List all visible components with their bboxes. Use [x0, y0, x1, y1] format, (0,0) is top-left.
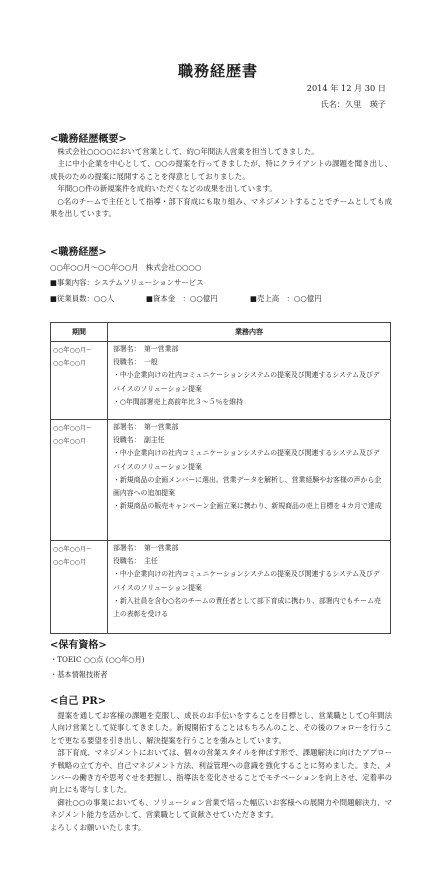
- period-from: ○○年○○月～: [53, 344, 105, 357]
- document-date: 2014 年 12 月 30 日: [307, 83, 386, 94]
- self-pr-body: 提案を通してお客様の課題を克服し、成長のお手伝いをすることを目標とし、営業職とし…: [50, 710, 392, 834]
- summary-paragraph: ○名のチームで主任として指導・部下育成にも取り組み、マネジメントすることでチーム…: [50, 196, 392, 221]
- period-to: ○○年○○月: [53, 435, 105, 448]
- self-pr-paragraph: 提案を通してお客様の課題を克服し、成長のお手伝いをすることを目標とし、営業職とし…: [50, 710, 392, 747]
- duty-item: ・新入社員を含む○名のチームの責任者として部下育成に携わり、部署内でもチーム売上…: [113, 595, 385, 621]
- summary-paragraph: 年間○○件の新規案件を成約いただくなどの成果を出しています。: [50, 183, 392, 195]
- company-period-line: ○○年○○月～○○年○○月 株式会社○○○○: [50, 262, 201, 273]
- self-pr-closing: よろしくお願いいたします。: [50, 822, 392, 834]
- department-line: 部署名： 第一営業部: [113, 343, 385, 356]
- position-line: 役職名： 主任: [113, 555, 385, 568]
- period-from: ○○年○○月～: [53, 543, 105, 556]
- duties-cell: 部署名： 第一営業部 役職名： 副主任 ・中小企業向けの社内コミュニケーションシ…: [108, 420, 391, 541]
- duty-item: ・新規商品の企画メンバーに選出。営業データを解析し、営業経験やお客様の声から企画…: [113, 474, 385, 500]
- period-cell: ○○年○○月～ ○○年○○月: [51, 342, 108, 420]
- career-table: 期間 業務内容 ○○年○○月～ ○○年○○月 部署名： 第一営業部 役職名： 一…: [50, 322, 391, 634]
- period-cell: ○○年○○月～ ○○年○○月: [51, 420, 108, 541]
- department-line: 部署名： 第一営業部: [113, 421, 385, 434]
- period-column-header: 期間: [51, 323, 108, 342]
- employees-stat: ■従業員数：○○人: [50, 293, 114, 304]
- resume-page: 職務経歴書 2014 年 12 月 30 日 氏名：久里 瑛子 <職務経歴概要>…: [0, 0, 436, 893]
- summary-paragraph: 株式会社○○○○において営業として、約○年間法人営業を担当してきました。: [50, 146, 392, 158]
- summary-body: 株式会社○○○○において営業として、約○年間法人営業を担当してきました。 主に中…: [50, 146, 392, 220]
- period-from: ○○年○○月～: [53, 422, 105, 435]
- business-description-line: ■事業内容：システムソリューションサービス: [50, 277, 204, 288]
- duty-item: ・中小企業向けの社内コミュニケーションシステムの提案及び関連するシステム及びデバ…: [113, 369, 385, 395]
- table-row: ○○年○○月～ ○○年○○月 部署名： 第一営業部 役職名： 主任 ・中小企業向…: [51, 541, 391, 634]
- history-heading: <職務経歴>: [50, 243, 107, 258]
- period-cell: ○○年○○月～ ○○年○○月: [51, 541, 108, 634]
- capital-stat: ■資本金 ：○○億円: [146, 293, 218, 304]
- duty-item: ・中小企業向けの社内コミュニケーションシステムの提案及び関連するシステム及びデバ…: [113, 447, 385, 473]
- table-row: ○○年○○月～ ○○年○○月 部署名： 第一営業部 役職名： 副主任 ・中小企業…: [51, 420, 391, 541]
- duty-item: ・○年間部署売上高前年比３～５％を維持: [113, 396, 385, 409]
- summary-heading: <職務経歴概要>: [50, 130, 127, 145]
- duty-item: ・新規商品の販売キャンペーン企画立案に携わり、新規商品の売上目標を４カ月で達成: [113, 500, 385, 513]
- duties-cell: 部署名： 第一営業部 役職名： 一般 ・中小企業向けの社内コミュニケーションシス…: [108, 342, 391, 420]
- qualification-item: ・TOEIC ○○点 (○○年○月): [50, 655, 145, 665]
- summary-paragraph: 主に中小企業を中心として、○○の提案を行ってきましたが、特にクライアントの課題を…: [50, 158, 392, 183]
- duties-column-header: 業務内容: [108, 323, 391, 342]
- self-pr-paragraph: 部下育成、マネジメントにおいては、個々の営業スタイルを伸ばす形で、課題解決に向け…: [50, 747, 392, 797]
- self-pr-heading: <自己 PR>: [50, 692, 106, 707]
- table-header-row: 期間 業務内容: [51, 323, 391, 342]
- self-pr-paragraph: 御社○○の事業においても、ソリューション営業で培った幅広いお客様への展開力や問題…: [50, 797, 392, 822]
- applicant-name: 氏名：久里 瑛子: [320, 99, 386, 110]
- period-to: ○○年○○月: [53, 556, 105, 569]
- qualifications-heading: <保有資格>: [50, 636, 107, 651]
- period-to: ○○年○○月: [53, 357, 105, 370]
- position-line: 役職名： 副主任: [113, 434, 385, 447]
- duty-item: ・中小企業向けの社内コミュニケーションシステムの提案及び関連するシステム及びデバ…: [113, 568, 385, 594]
- position-line: 役職名： 一般: [113, 356, 385, 369]
- department-line: 部署名： 第一営業部: [113, 542, 385, 555]
- sales-stat: ■売上高 ：○○億円: [250, 293, 322, 304]
- duties-cell: 部署名： 第一営業部 役職名： 主任 ・中小企業向けの社内コミュニケーションシス…: [108, 541, 391, 634]
- document-title: 職務経歴書: [0, 60, 436, 81]
- qualification-item: ・基本情報技術者: [50, 670, 108, 680]
- table-row: ○○年○○月～ ○○年○○月 部署名： 第一営業部 役職名： 一般 ・中小企業向…: [51, 342, 391, 420]
